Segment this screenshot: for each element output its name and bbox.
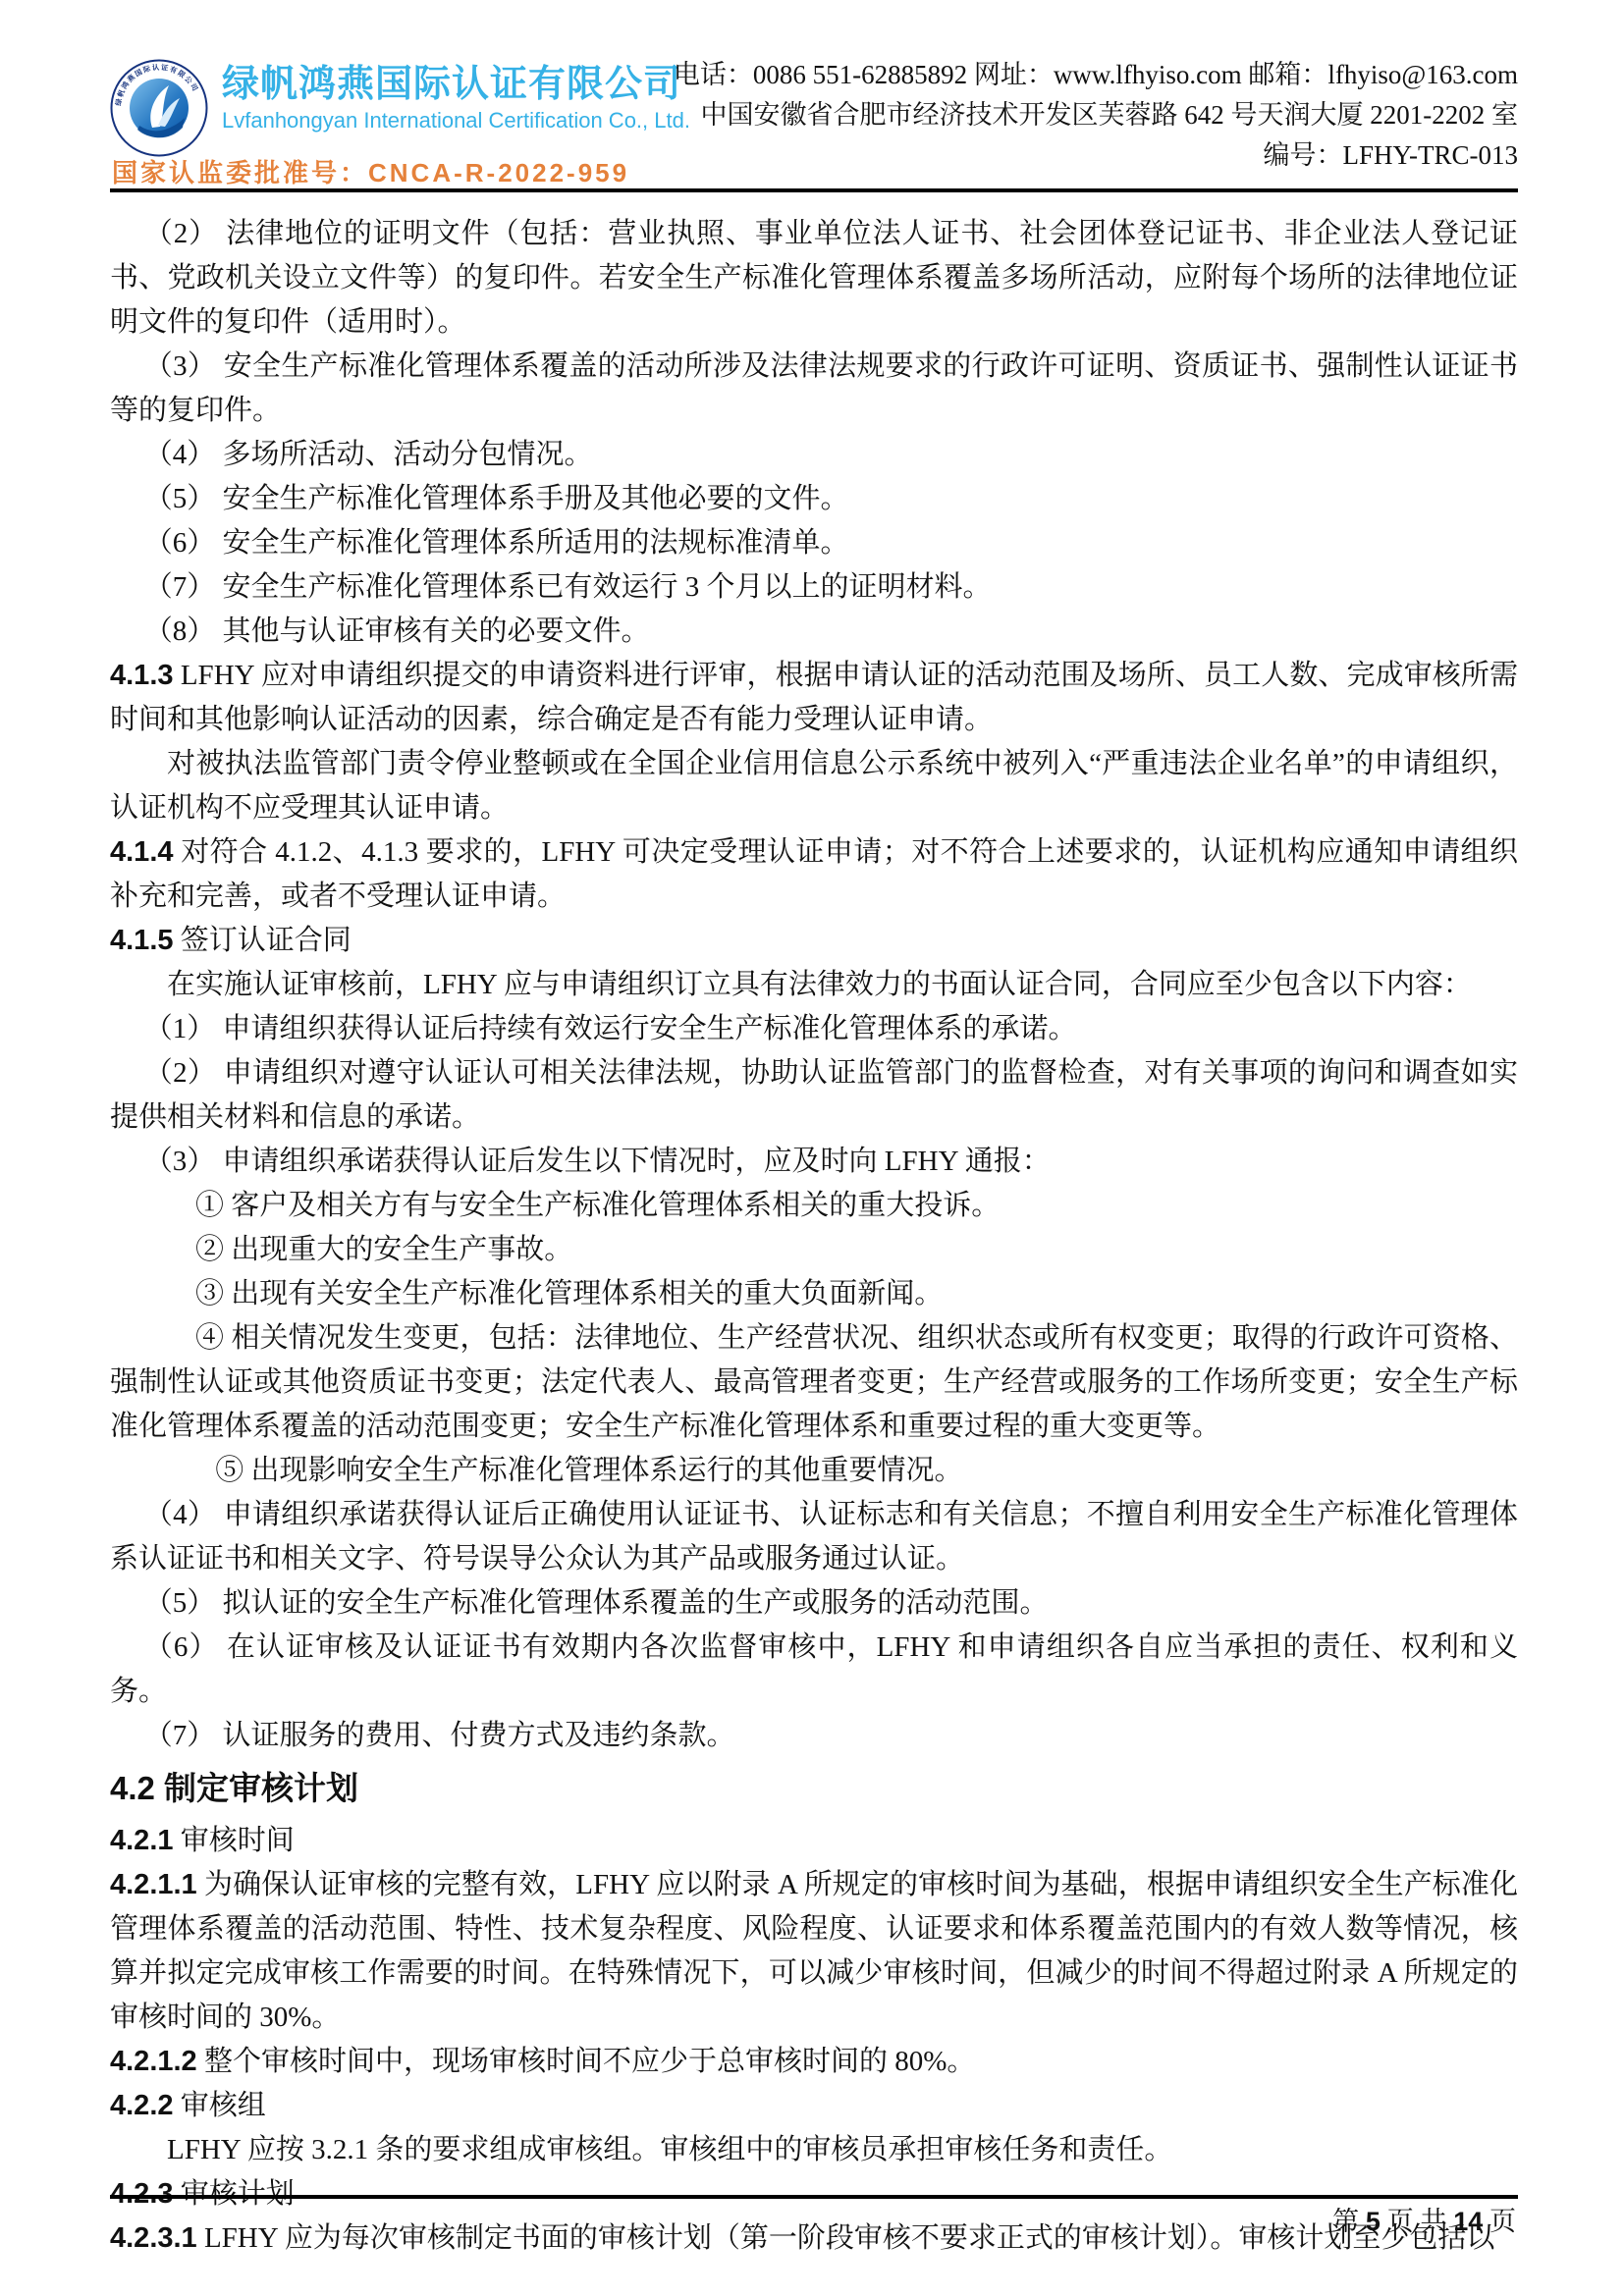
address-line: 中国安徽省合肥市经济技术开发区芙蓉路 642 号天润大厦 2201-2202 室 [674,95,1518,135]
page-number: 第 5 页 共 14 页 [1332,2205,1516,2238]
document-page: 绿帆鸿燕国际认证有限公司 绿帆鸿燕国际认证有限公司 Lvfanhongyan I… [0,0,1624,2296]
paragraph: （5） 安全生产标准化管理体系手册及其他必要的文件。 [110,477,1518,521]
paragraph: （7） 认证服务的费用、付费方式及违约条款。 [110,1714,1518,1758]
paragraph: （8） 其他与认证审核有关的必要文件。 [110,610,1518,654]
paragraph: 对被执法监管部门责令停业整顿或在全国企业信用信息公示系统中被列入“严重违法企业名… [110,742,1518,830]
paragraph: LFHY 应按 3.2.1 条的要求组成审核组。审核组中的审核员承担审核任务和责… [110,2128,1518,2172]
accreditation-number: 国家认监委批准号：CNCA-R-2022-959 [112,153,629,189]
paragraph: 在实施认证审核前，LFHY 应与申请组织订立具有法律效力的书面认证合同，合同应至… [110,963,1518,1007]
paragraph: （2） 申请组织对遵守认证认可相关法律法规，协助认证监管部门的监督检查，对有关事… [110,1051,1518,1140]
paragraph: （5） 拟认证的安全生产标准化管理体系覆盖的生产或服务的活动范围。 [110,1581,1518,1626]
section-number: 4.1.5 [110,925,174,956]
paragraph: ② 出现重大的安全生产事故。 [110,1228,1518,1272]
paragraph: ① 客户及相关方有与安全生产标准化管理体系相关的重大投诉。 [110,1184,1518,1228]
paragraph: ④ 相关情况发生变更，包括：法律地位、生产经营状况、组织状态或所有权变更；取得的… [110,1316,1518,1449]
paragraph: （7） 安全生产标准化管理体系已有效运行 3 个月以上的证明材料。 [110,565,1518,610]
paragraph: （4） 多场所活动、活动分包情况。 [110,433,1518,477]
paragraph: （2） 法律地位的证明文件（包括：营业执照、事业单位法人证书、社会团体登记证书、… [110,212,1518,345]
company-name-cn: 绿帆鸿燕国际认证有限公司 [222,63,690,106]
section-number: 4.2.3.1 [110,2222,197,2254]
header-brand-block: 绿帆鸿燕国际认证有限公司 绿帆鸿燕国际认证有限公司 Lvfanhongyan I… [110,53,690,157]
paragraph: （1） 申请组织获得认证后持续有效运行安全生产标准化管理体系的承诺。 [110,1007,1518,1051]
section-heading: 4.2 制定审核计划 [110,1758,1518,1819]
contact-line: 电话：0086 551-62885892 网址：www.lfhyiso.com … [674,55,1518,95]
paragraph: （3） 安全生产标准化管理体系覆盖的活动所涉及法律法规要求的行政许可证明、资质证… [110,345,1518,433]
section-number: 4.1.4 [110,836,174,868]
section-number: 4.2 [110,1770,155,1806]
paragraph: 4.1.5 签订认证合同 [110,919,1518,963]
section-number: 4.1.3 [110,660,174,691]
page-number-suffix: 页 [1489,2207,1516,2236]
paragraph: （3） 申请组织承诺获得认证后发生以下情况时，应及时向 LFHY 通报： [110,1140,1518,1184]
company-name-en: Lvfanhongyan International Certification… [222,106,690,135]
document-number: 编号：LFHY-TRC-013 [674,135,1518,176]
section-number: 4.2.1.2 [110,2046,197,2077]
paragraph: 4.1.3 LFHY 应对申请组织提交的申请资料进行评审，根据申请认证的活动范围… [110,654,1518,742]
section-number: 4.2.1.1 [110,1869,197,1900]
document-body: （2） 法律地位的证明文件（包括：营业执照、事业单位法人证书、社会团体登记证书、… [110,212,1518,2261]
paragraph: ⑤ 出现影响安全生产标准化管理体系运行的其他重要情况。 [110,1449,1518,1493]
section-number: 4.2.1 [110,1825,174,1856]
page-number-total: 14 [1453,2207,1483,2236]
paragraph: 4.2.2 审核组 [110,2084,1518,2128]
paragraph: 4.2.1.1 为确保认证审核的完整有效，LFHY 应以附录 A 所规定的审核时… [110,1863,1518,2040]
section-number: 4.2.2 [110,2090,174,2121]
paragraph: 4.2.3.1 LFHY 应为每次审核制定书面的审核计划（第一阶段审核不要求正式… [110,2216,1518,2261]
paragraph: ③ 出现有关安全生产标准化管理体系相关的重大负面新闻。 [110,1272,1518,1316]
section-number: 4.2.3 [110,2178,174,2210]
header-contact-block: 电话：0086 551-62885892 网址：www.lfhyiso.com … [674,55,1518,176]
paragraph: 4.2.1 审核时间 [110,1819,1518,1863]
footer-divider [110,2195,1518,2199]
paragraph: （6） 在认证审核及认证证书有效期内各次监督审核中，LFHY 和申请组织各自应当… [110,1626,1518,1714]
paragraph: 4.1.4 对符合 4.1.2、4.1.3 要求的，LFHY 可决定受理认证申请… [110,830,1518,919]
paragraph: （6） 安全生产标准化管理体系所适用的法规标准清单。 [110,521,1518,565]
page-number-current: 5 [1366,2207,1380,2236]
page-number-middle: 页 共 [1387,2207,1447,2236]
document-header: 绿帆鸿燕国际认证有限公司 绿帆鸿燕国际认证有限公司 Lvfanhongyan I… [110,53,1518,187]
page-number-prefix: 第 [1332,2207,1359,2236]
header-divider [110,188,1518,192]
paragraph: （4） 申请组织承诺获得认证后正确使用认证证书、认证标志和有关信息；不擅自利用安… [110,1493,1518,1581]
company-seal-icon: 绿帆鸿燕国际认证有限公司 [110,59,208,157]
paragraph: 4.2.1.2 整个审核时间中，现场审核时间不应少于总审核时间的 80%。 [110,2040,1518,2084]
